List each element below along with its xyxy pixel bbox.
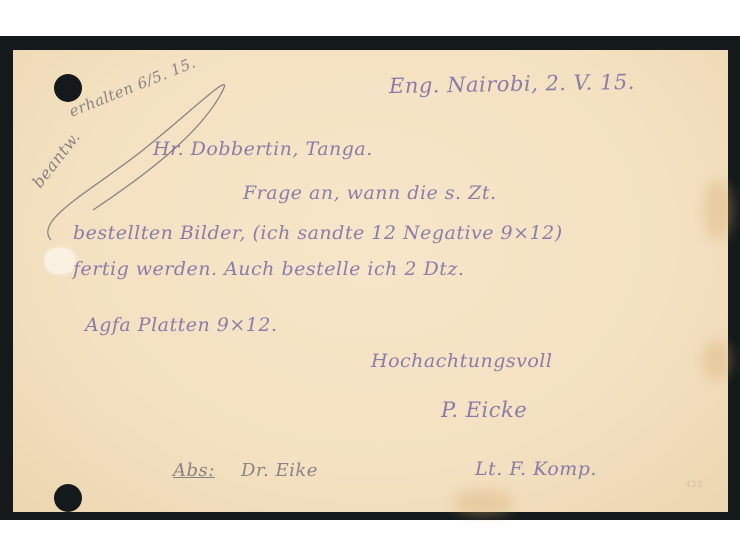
addressee: Hr. Dobbertin, Tanga. — [153, 138, 373, 160]
letter-line-4: Agfa Platten 9×12. — [85, 314, 278, 336]
paper-stain — [453, 490, 513, 516]
letter-line-2: bestellten Bilder, (ich sandte 12 Negati… — [73, 222, 563, 244]
place-date: Eng. Nairobi, 2. V. 15. — [389, 70, 635, 98]
sender-label: Abs: — [173, 460, 215, 481]
embossed-mark — [45, 248, 75, 274]
letter-line-3: fertig werden. Auch bestelle ich 2 Dtz. — [73, 258, 464, 280]
punch-hole-bottom — [54, 484, 82, 512]
unit: Lt. F. Komp. — [475, 458, 597, 480]
signature: P. Eicke — [441, 398, 527, 422]
letter-line-1: Frage an, wann die s. Zt. — [243, 182, 497, 204]
sender-name: Dr. Eike — [241, 460, 318, 481]
paper-stain — [703, 340, 731, 380]
closing: Hochachtungsvoll — [371, 350, 552, 372]
postcard: Eng. Nairobi, 2. V. 15. erhalten 6/5. 15… — [13, 50, 728, 512]
faint-pencil-mark: 433 — [685, 480, 702, 490]
paper-stain — [703, 180, 733, 240]
